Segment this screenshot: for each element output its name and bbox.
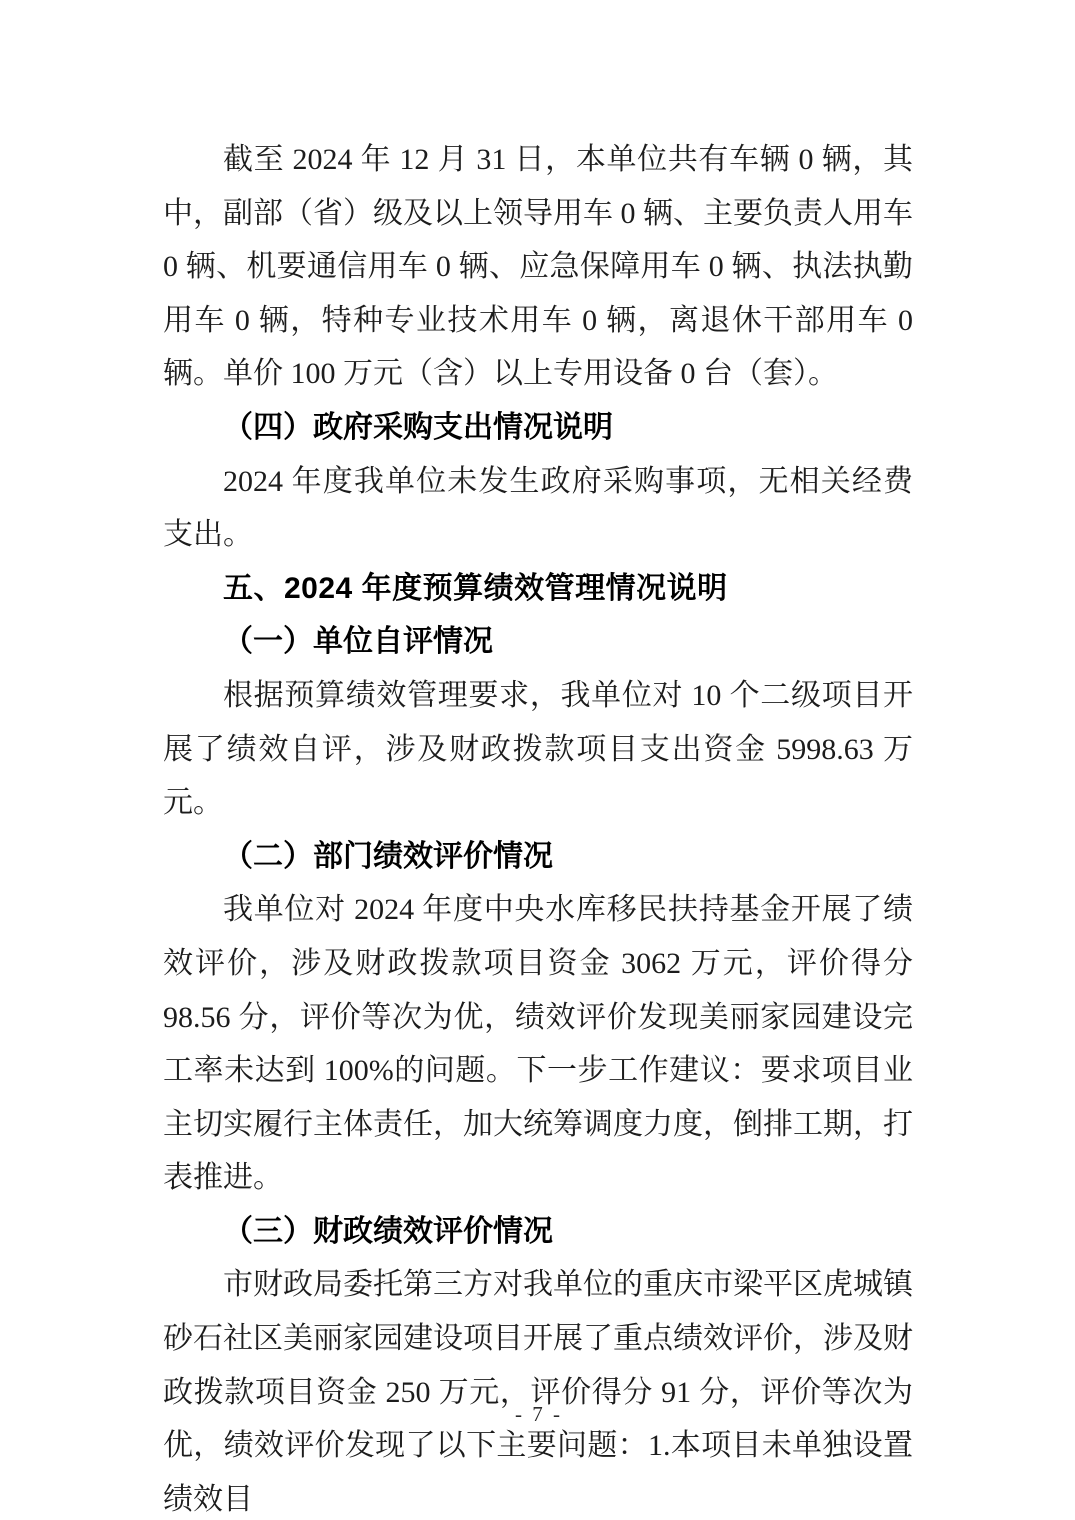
paragraph-department-evaluation: 我单位对 2024 年度中央水库移民扶持基金开展了绩效评价，涉及财政拨款项目资金…: [163, 883, 913, 1205]
paragraph-vehicles-equipment: 截至 2024 年 12 月 31 日，本单位共有车辆 0 辆，其中，副部（省）…: [163, 133, 913, 401]
paragraph-fiscal-evaluation: 市财政局委托第三方对我单位的重庆市梁平区虎城镇砂石社区美丽家园建设项目开展了重点…: [163, 1258, 913, 1520]
heading-unit-self-evaluation: （一）单位自评情况: [163, 615, 913, 669]
document-content: 截至 2024 年 12 月 31 日，本单位共有车辆 0 辆，其中，副部（省）…: [163, 133, 913, 1520]
paragraph-gov-procurement: 2024 年度我单位未发生政府采购事项，无相关经费支出。: [163, 455, 913, 562]
heading-fiscal-evaluation: （三）财政绩效评价情况: [163, 1205, 913, 1259]
paragraph-unit-self-evaluation: 根据预算绩效管理要求，我单位对 10 个二级项目开展了绩效自评，涉及财政拨款项目…: [163, 669, 913, 830]
heading-department-evaluation: （二）部门绩效评价情况: [163, 830, 913, 884]
document-page: 截至 2024 年 12 月 31 日，本单位共有车辆 0 辆，其中，副部（省）…: [0, 0, 1075, 1520]
heading-section5-budget-performance: 五、2024 年度预算绩效管理情况说明: [163, 562, 913, 616]
heading-section4-gov-procurement: （四）政府采购支出情况说明: [163, 401, 913, 455]
page-number: - 7 -: [0, 1402, 1075, 1427]
